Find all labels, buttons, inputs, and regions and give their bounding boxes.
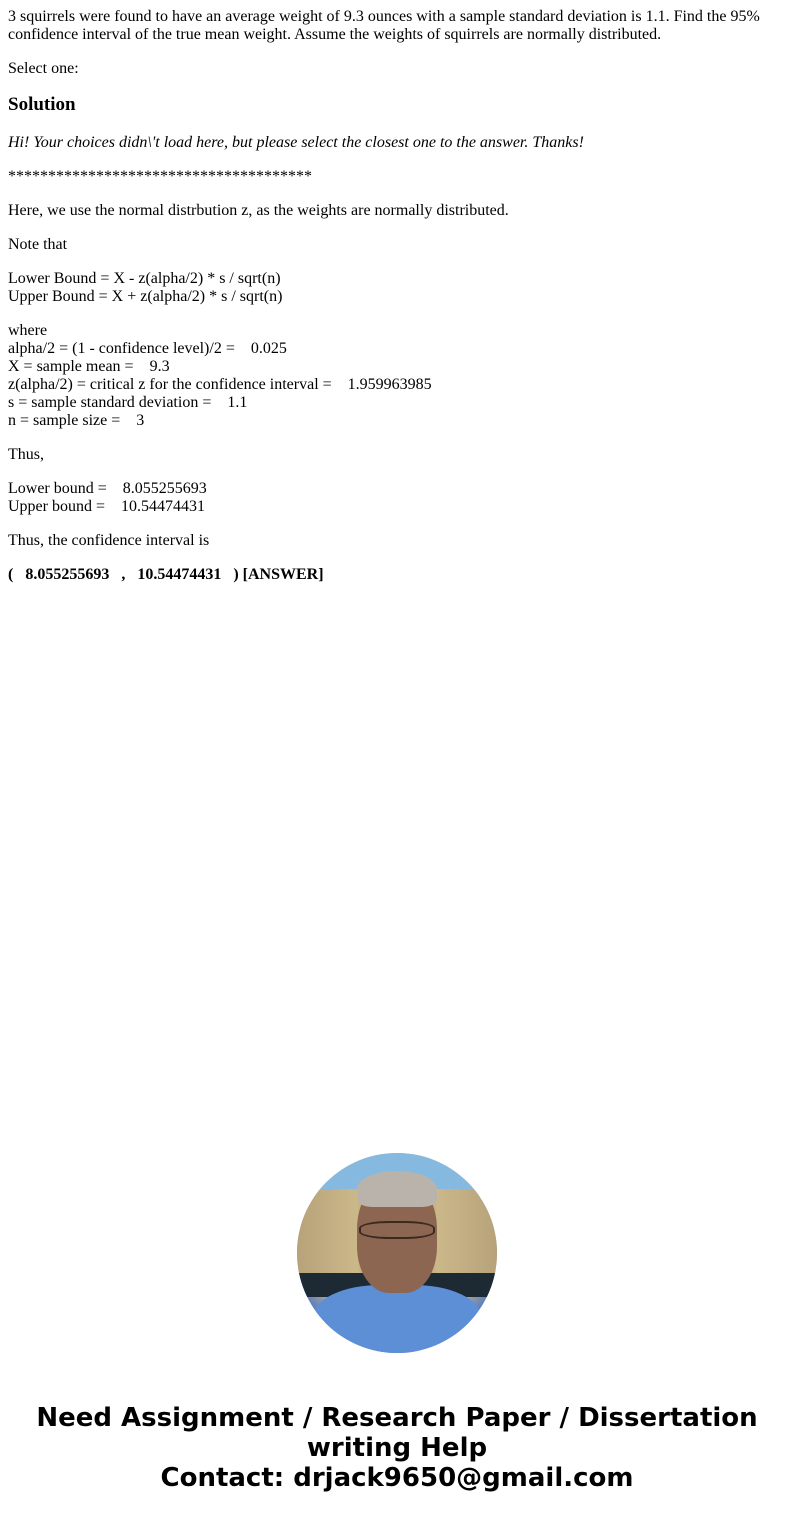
def-sample-size: n = sample size = 3 xyxy=(8,412,144,429)
select-prompt: Select one: xyxy=(8,60,786,78)
note-that: Note that xyxy=(8,236,786,254)
separator: ************************************** xyxy=(8,168,786,186)
thus-label: Thus, xyxy=(8,446,786,464)
def-std-dev: s = sample standard deviation = 1.1 xyxy=(8,394,247,411)
lower-bound: Lower bound = 8.055255693 xyxy=(8,480,207,497)
where-label: where xyxy=(8,322,47,339)
promo-line-2: writing Help xyxy=(0,1433,794,1463)
promo-footer: Need Assignment / Research Paper / Disse… xyxy=(0,1403,794,1493)
upper-bound: Upper bound = 10.54474431 xyxy=(8,498,205,515)
formulas: Lower Bound = X - z(alpha/2) * s / sqrt(… xyxy=(8,270,786,306)
definitions: where alpha/2 = (1 - confidence level)/2… xyxy=(8,322,786,430)
author-avatar xyxy=(297,1153,497,1353)
def-alpha: alpha/2 = (1 - confidence level)/2 = 0.0… xyxy=(8,340,287,357)
final-answer: ( 8.055255693 , 10.54474431 ) [ANSWER] xyxy=(8,566,786,584)
promo-line-1: Need Assignment / Research Paper / Disse… xyxy=(0,1403,794,1433)
solution-heading: Solution xyxy=(8,94,786,116)
intro-text: Here, we use the normal distrbution z, a… xyxy=(8,202,786,220)
question-text: 3 squirrels were found to have an averag… xyxy=(8,8,786,44)
promo-contact: Contact: drjack9650@gmail.com xyxy=(0,1463,794,1493)
conclusion: Thus, the confidence interval is xyxy=(8,532,786,550)
choices-note: Hi! Your choices didn\'t load here, but … xyxy=(8,134,786,152)
formula-lower: Lower Bound = X - z(alpha/2) * s / sqrt(… xyxy=(8,270,281,287)
def-critical-z: z(alpha/2) = critical z for the confiden… xyxy=(8,376,432,393)
document-content: 3 squirrels were found to have an averag… xyxy=(8,8,786,600)
def-mean: X = sample mean = 9.3 xyxy=(8,358,170,375)
formula-upper: Upper Bound = X + z(alpha/2) * s / sqrt(… xyxy=(8,288,282,305)
bounds: Lower bound = 8.055255693 Upper bound = … xyxy=(8,480,786,516)
